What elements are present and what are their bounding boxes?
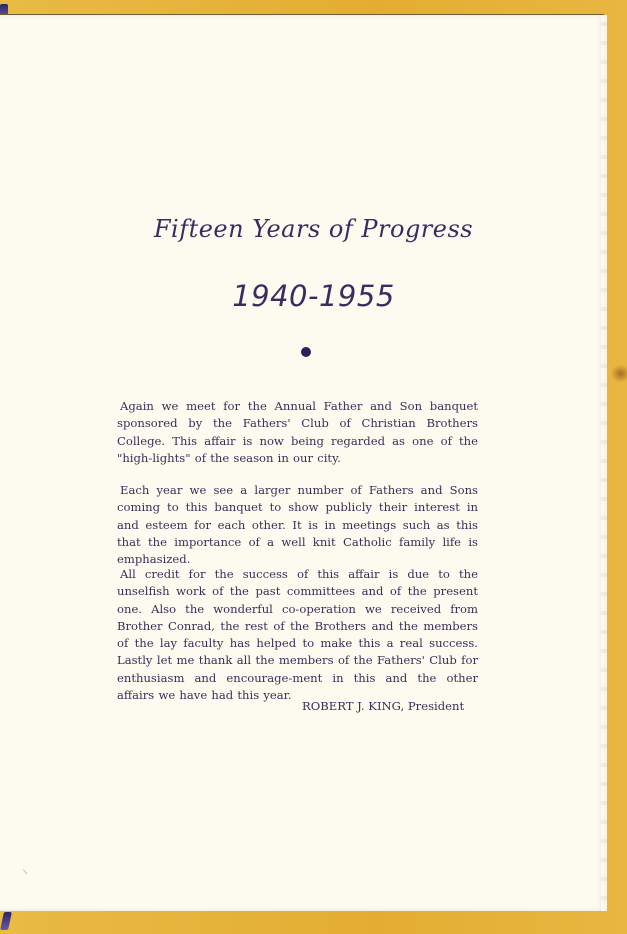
paragraph-3: All credit for the success of this affai… [117,566,478,704]
page-title: Fifteen Years of Progress [0,215,627,243]
signature: ROBERT J. KING, President [302,699,464,713]
bullet-dot-icon [301,347,311,357]
paragraph-1: Again we meet for the Annual Father and … [117,398,478,467]
paragraph-2: Each year we see a larger number of Fath… [117,482,478,568]
year-range: 1940-1955 [0,279,627,313]
